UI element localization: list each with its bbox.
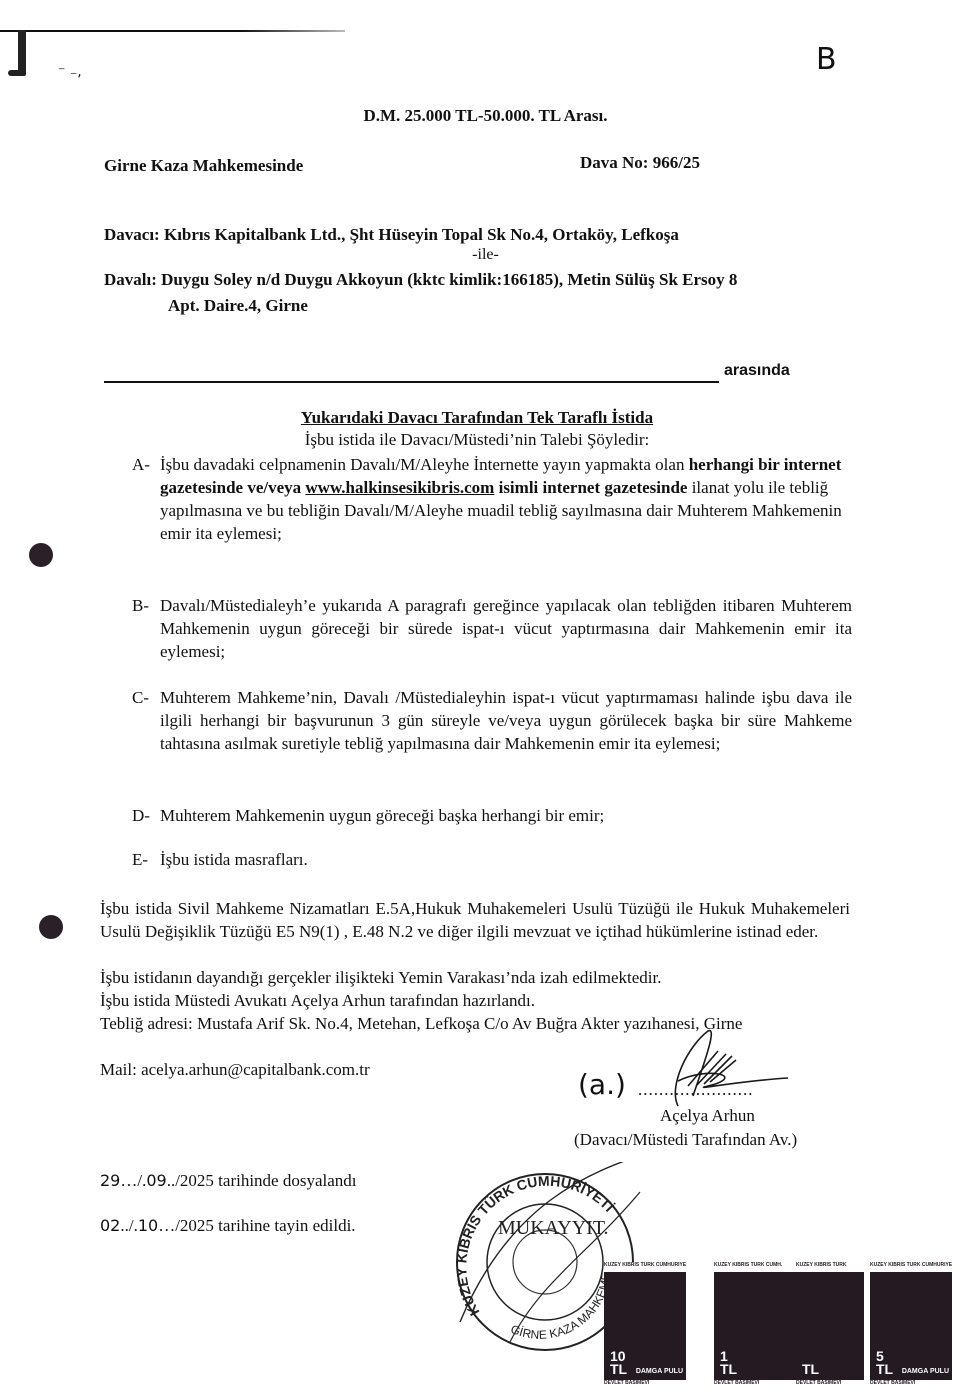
- hearing-date: 02../.10…/2025 tarihine tayin edildi.: [100, 1216, 356, 1236]
- hearing-day: 02: [100, 1216, 120, 1235]
- punch-hole: [39, 915, 63, 939]
- revenue-stamps: KUZEY KIBRIS TÜRK CUMHURİYETİ 10TL DAMGA…: [600, 1262, 960, 1392]
- filed-month: 09: [146, 1171, 166, 1190]
- request-item-b: B- Davalı/Müstedialeyh’e yukarıda A para…: [132, 594, 852, 663]
- revenue-stamp: KUZEY KIBRIS TÜRK CUMHURİYETİ 5TL DAMGA …: [870, 1272, 952, 1390]
- plaintiff-label: Davacı:: [104, 225, 160, 244]
- request-item-d: D- Muhterem Mahkemenin uygun göreceği ba…: [132, 804, 852, 827]
- handwritten-ticks: ⁻ ₋,: [58, 64, 82, 80]
- defendant-address: Apt. Daire.4, Girne: [168, 294, 308, 318]
- document-title: D.M. 25.000 TL-50.000. TL Arası.: [0, 106, 971, 126]
- petition-heading: Yukarıdaki Davacı Tarafından Tek Taraflı…: [0, 408, 954, 428]
- request-item-e: E- İşbu istida masrafları.: [132, 848, 852, 871]
- between-label: arasında: [724, 362, 790, 380]
- newspaper-link[interactable]: www.halkinsesikibris.com: [305, 478, 494, 497]
- request-item-c: C- Muhterem Mahkeme’nin, Davalı /Müstedi…: [132, 686, 852, 755]
- item-letter: B-: [132, 594, 160, 663]
- request-item-a: A- İşbu davadaki celpnamenin Davalı/M/Al…: [132, 453, 852, 545]
- item-text: Muhterem Mahkemenin uygun göreceği başka…: [160, 804, 852, 827]
- case-number: Dava No: 966/25: [580, 153, 700, 173]
- signature-mark: (a.): [578, 1068, 626, 1101]
- prepared-by: İşbu istida Müstedi Avukatı Açelya Arhun…: [100, 989, 850, 1012]
- separator-line: [104, 381, 719, 383]
- revenue-stamp: KUZEY KIBRIS TÜRK CUMH. 1TL DEVLET BASIM…: [714, 1272, 796, 1390]
- plaintiff-line: Davacı: Kıbrıs Kapitalbank Ltd., Şht Hüs…: [104, 223, 679, 247]
- revenue-stamp: KUZEY KIBRIS TÜRK CUMHURİYETİ 10TL DAMGA…: [604, 1272, 686, 1390]
- item-text: Muhterem Mahkeme’nin, Davalı /Müstediale…: [160, 686, 852, 755]
- party-connector: -ile-: [0, 246, 971, 264]
- signer-name: Açelya Arhun: [660, 1106, 755, 1126]
- revenue-stamp: KUZEY KIBRIS TÜRK TL DEVLET BASIMEVİ: [796, 1272, 864, 1390]
- punch-hole: [29, 543, 53, 567]
- item-letter: D-: [132, 804, 160, 827]
- plaintiff-details: Kıbrıs Kapitalbank Ltd., Şht Hüseyin Top…: [164, 225, 679, 244]
- hearing-month: 10: [138, 1216, 158, 1235]
- seal-overstamp: MUKAYYIT.: [498, 1217, 609, 1239]
- item-text: İşbu istida masrafları.: [160, 848, 852, 871]
- handwritten-mark: [18, 30, 26, 76]
- defendant-line: Davalı: Duygu Soley n/d Duygu Akkoyun (k…: [104, 268, 737, 292]
- filed-date: 29…/.09../2025 tarihinde dosyalandı: [100, 1171, 357, 1191]
- filed-day: 29: [100, 1171, 120, 1190]
- signature-scribble-icon: [648, 1026, 788, 1116]
- item-text: Davalı/Müstedialeyh’e yukarıda A paragra…: [160, 594, 852, 663]
- item-text: İşbu davadaki celpnamenin Davalı/M/Aleyh…: [160, 453, 852, 545]
- hearing-suffix: /2025 tarihine tayin edildi.: [175, 1216, 355, 1235]
- item-letter: C-: [132, 686, 160, 755]
- defendant-label: Davalı:: [104, 270, 157, 289]
- court-name: Girne Kaza Mahkemesinde: [104, 156, 303, 176]
- facts-statement: İşbu istidanın dayandığı gerçekler ilişi…: [100, 966, 850, 989]
- scan-edge-line: [0, 30, 345, 32]
- item-letter: A-: [132, 453, 160, 545]
- defendant-details: Duygu Soley n/d Duygu Akkoyun (kktc kiml…: [161, 270, 737, 289]
- filed-suffix: /2025 tarihinde dosyalandı: [175, 1171, 356, 1190]
- legal-basis: İşbu istida Sivil Mahkeme Nizamatları E.…: [100, 897, 850, 943]
- petition-subheading: İşbu istida ile Davacı/Müstedi’nin Taleb…: [0, 430, 954, 450]
- signer-role: (Davacı/Müstedi Tarafından Av.): [574, 1130, 797, 1150]
- handwritten-letter-b: B: [816, 42, 837, 77]
- item-letter: E-: [132, 848, 160, 871]
